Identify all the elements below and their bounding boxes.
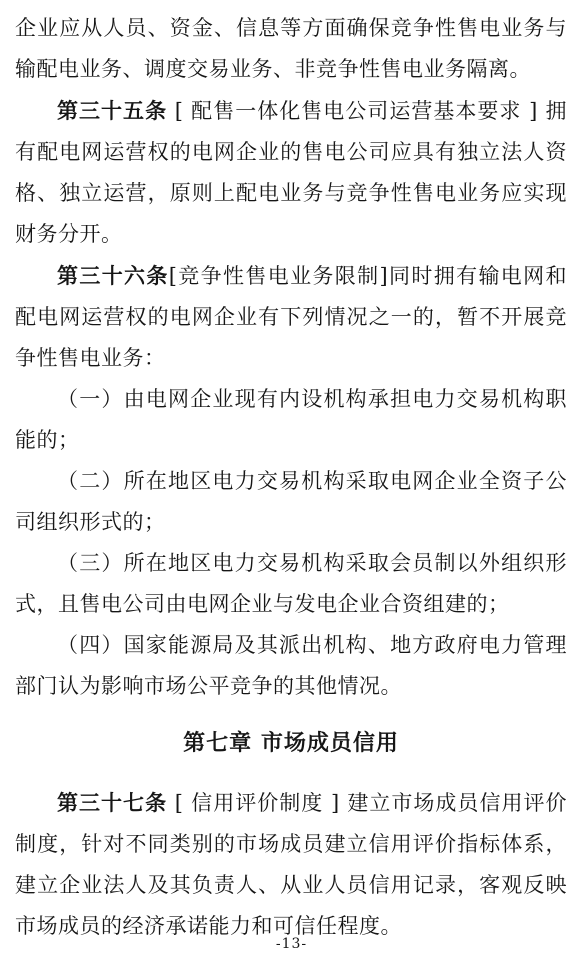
document-page: 企业应从人员、资金、信息等方面确保竞争性售电业务与输配电业务、调度交易业务、非竞… <box>0 0 583 957</box>
paragraph-item-2: （二）所在地区电力交易机构采取电网企业全资子公司组织形式的； <box>15 461 567 543</box>
page-number: -13- <box>0 936 583 952</box>
paragraph-text: （一）由电网企业现有内设机构承担电力交易机构职能的； <box>15 387 567 452</box>
paragraph-text: 企业应从人员、资金、信息等方面确保竞争性售电业务与输配电业务、调度交易业务、非竞… <box>15 16 567 81</box>
chapter-heading: 第七章 市场成员信用 <box>15 723 567 764</box>
paragraph-article-36: 第三十六条[竞争性售电业务限制]同时拥有输电网和配电网运营权的电网企业有下列情况… <box>15 255 567 379</box>
paragraph-item-3: （三）所在地区电力交易机构采取会员制以外组织形式，且售电公司由电网企业与发电企业… <box>15 543 567 625</box>
paragraph-article-35: 第三十五条 [ 配售一体化售电公司运营基本要求 ] 拥有配电网运营权的电网企业的… <box>15 90 567 255</box>
article-37-number: 第三十七条 <box>57 790 167 815</box>
paragraph-article-37: 第三十七条 [ 信用评价制度 ] 建立市场成员信用评价制度，针对不同类别的市场成… <box>15 782 567 947</box>
paragraph-item-1: （一）由电网企业现有内设机构承担电力交易机构职能的； <box>15 379 567 461</box>
paragraph-continuation: 企业应从人员、资金、信息等方面确保竞争性售电业务与输配电业务、调度交易业务、非竞… <box>15 8 567 90</box>
article-36-number: 第三十六条 <box>57 263 169 288</box>
paragraph-text: （四）国家能源局及其派出机构、地方政府电力管理部门认为影响市场公平竞争的其他情况… <box>15 633 567 698</box>
paragraph-text: （三）所在地区电力交易机构采取会员制以外组织形式，且售电公司由电网企业与发电企业… <box>15 551 567 616</box>
article-35-number: 第三十五条 <box>57 98 167 123</box>
paragraph-item-4: （四）国家能源局及其派出机构、地方政府电力管理部门认为影响市场公平竞争的其他情况… <box>15 625 567 707</box>
paragraph-text: （二）所在地区电力交易机构采取电网企业全资子公司组织形式的； <box>15 469 567 534</box>
